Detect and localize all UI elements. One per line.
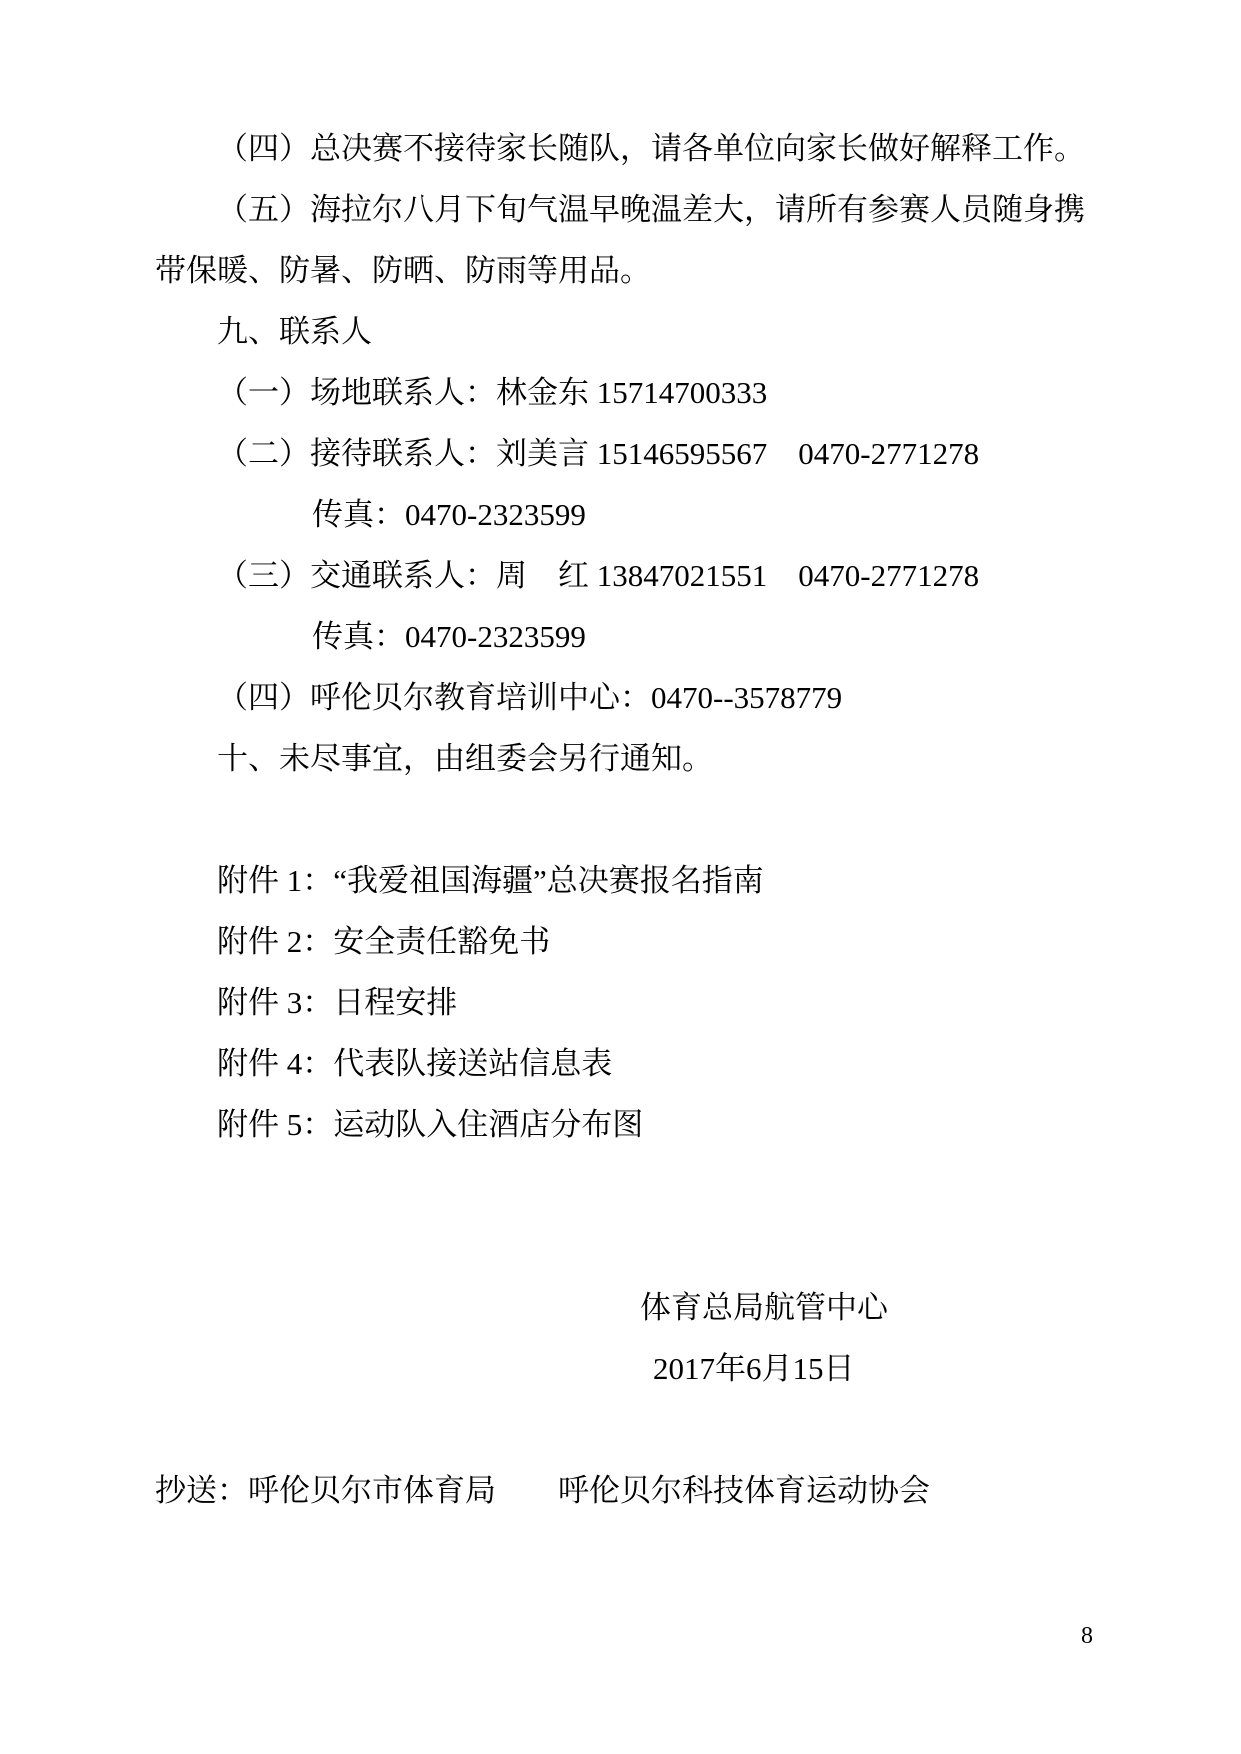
contact-training-center: （四）呼伦贝尔教育培训中心：0470--3578779	[155, 667, 1101, 728]
attachment-2: 附件 2：安全责任豁免书	[155, 911, 1101, 972]
note-item-4: （四）总决赛不接待家长随队，请各单位向家长做好解释工作。	[155, 118, 1101, 179]
blank-line	[155, 789, 1101, 850]
attachment-1: 附件 1：“我爱祖国海疆”总决赛报名指南	[155, 850, 1101, 911]
section-9-heading-contacts: 九、联系人	[155, 301, 1101, 362]
note-item-5-line-2: 带保暖、防暑、防晒、防雨等用品。	[155, 240, 1101, 301]
attachment-5: 附件 5：运动队入住酒店分布图	[155, 1094, 1101, 1155]
page-number: 8	[1081, 1624, 1093, 1648]
blank-line	[155, 1399, 1101, 1460]
contact-transport-fax: 传真：0470-2323599	[155, 606, 1101, 667]
attachment-4: 附件 4：代表队接送站信息表	[155, 1033, 1101, 1094]
contact-reception-fax: 传真：0470-2323599	[155, 484, 1101, 545]
section-10-other-matters: 十、未尽事宜，由组委会另行通知。	[155, 728, 1101, 789]
document-page: （四）总决赛不接待家长随队，请各单位向家长做好解释工作。 （五）海拉尔八月下旬气…	[0, 0, 1241, 1754]
attachment-3: 附件 3：日程安排	[155, 972, 1101, 1033]
contact-transport: （三）交通联系人：周 红 13847021551 0470-2771278	[155, 545, 1101, 606]
contact-reception: （二）接待联系人：刘美言 15146595567 0470-2771278	[155, 423, 1101, 484]
contact-venue: （一）场地联系人：林金东 15714700333	[155, 362, 1101, 423]
blank-line	[155, 1155, 1101, 1216]
note-item-5-line-1: （五）海拉尔八月下旬气温早晚温差大，请所有参赛人员随身携	[155, 179, 1101, 240]
signature-date: 2017年6月15日	[155, 1338, 1101, 1399]
signature-organization: 体育总局航管中心	[155, 1277, 1101, 1338]
copy-to-line: 抄送：呼伦贝尔市体育局 呼伦贝尔科技体育运动协会	[155, 1460, 1101, 1521]
blank-line	[155, 1216, 1101, 1277]
